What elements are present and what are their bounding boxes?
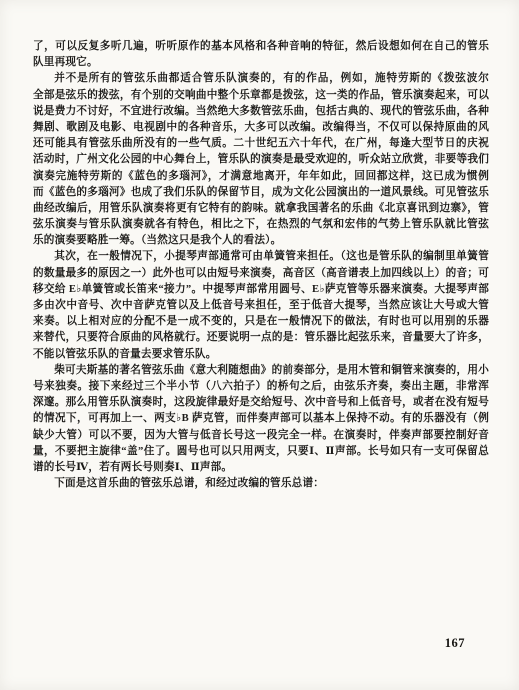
text-line: 来替代，只要符合原曲的风格就行。还要说明一点的是：管乐器比起弦乐来，音量要大了许…	[33, 330, 489, 346]
text-line: 全部是弦乐的拨弦，有个别的交响曲中整个乐章都是拨弦，这一类的作品，管乐演奏起来，…	[33, 88, 489, 104]
text-line: 曲经改编后，用管乐队演奏将更有它特有的韵味。就拿我国著名的乐曲《北京喜讯到边寨》…	[33, 201, 489, 217]
body-text: 了，可以反复多听几遍，听听原作的基本风格和各种音响的特征，然后设想如何在自己的管…	[33, 39, 489, 492]
text-line: 下面是这首乐曲的管弦乐总谱，和经过改编的管乐总谱：	[33, 476, 489, 492]
text-line: 了，可以反复多听几遍，听听原作的基本风格和各种音响的特征，然后设想如何在自己的管…	[33, 39, 489, 55]
text-line: 柴可夫斯基的著名管弦乐曲《意大利随想曲》的前奏部分，是用木管和铜管来演奏的，用小	[33, 363, 489, 379]
text-line: 弦乐演奏与管乐队演奏就各有特色，相比之下，在热烈的气氛和宏伟的气势上管乐队就比管…	[33, 217, 489, 233]
text-line: 队里再现它。	[33, 55, 489, 71]
text-line: 其次，在一般情况下，小提琴声部通常可由单簧管来担任。（这也是管乐队的编制里单簧管	[33, 249, 489, 265]
text-line: 谱的长号Ⅳ，若有两长号则奏Ⅰ、Ⅱ声部。	[33, 460, 489, 476]
text-line: 量，不要把主旋律“盖”住了。圆号也可以只用两支，只要Ⅰ、Ⅱ声部。长号如只有一支可…	[33, 444, 489, 460]
text-line: 而《蓝色的多瑙河》也成了我们乐队的保留节目，成为文化公园演出的一道风景线。可见管…	[33, 185, 489, 201]
text-line: 不能以管弦乐队的音量去要求管乐队。	[33, 347, 489, 363]
text-line: 乐的演奏要略胜一筹。（当然这只是我个人的看法）。	[33, 233, 489, 249]
page-number: 167	[445, 636, 465, 651]
text-line: 的情况下，可再加上一、两支♭B 萨克管，而伴奏声部可以基本上保持不动。有的乐器没…	[33, 411, 489, 427]
text-line: 来奏。以上相对应的分配不是一成不变的，只是在一般情况下的做法，有时也可以用别的乐…	[33, 314, 489, 330]
text-line: 缺少大管）可以不要，因为大管与低音长号这一段完全一样。在演奏时，伴奏声部要控制好…	[33, 428, 489, 444]
book-page: 了，可以反复多听几遍，听听原作的基本风格和各种音响的特征，然后设想如何在自己的管…	[0, 0, 519, 690]
text-line: 并不是所有的管弦乐曲都适合管乐队演奏的，有的作品，例如，施特劳斯的《拨弦波尔卡》…	[33, 71, 489, 87]
text-line: 还可能具有管弦乐曲所没有的一些气质。二十世纪五六十年代，在广州，每逢大型节日的庆…	[33, 136, 489, 152]
text-line: 活动时，广州文化公园的中心舞台上，管乐队的演奏是最受欢迎的，听众站立欣赏，非要等…	[33, 152, 489, 168]
text-line: 号来独奏。接下来经过三个半小节（八六拍子）的桥句之后，由弦乐齐奏，奏出主题，非常…	[33, 379, 489, 395]
text-line: 舞剧、歌剧及电影、电视剧中的各种音乐，大多可以改编。改编得当，不仅可以保持原曲的…	[33, 120, 489, 136]
text-line: 移交给 E♭单簧管或长笛来“接力”。中提琴声部常用圆号、E♭萨克管等乐器来演奏。…	[33, 282, 489, 298]
text-line: 的数量最多的原因之一）此外也可以由短号来演奏，高音区（高音谱表上加四线以上）的音…	[33, 266, 489, 282]
text-line: 说是费力不讨好，不宜进行改编。当然绝大多数管弦乐曲，包括古典的、现代的管弦乐曲，…	[33, 104, 489, 120]
text-line: 多由次中音号、次中音萨克管以及上低音号来担任，至于低音大提琴，当然应该让大号或大…	[33, 298, 489, 314]
text-line: 演奏完施特劳斯的《蓝色的多瑙河》，才满意地离开，年年如此，回回都这样，这已成为惯…	[33, 169, 489, 185]
text-line: 深邃。那么用管乐队演奏时，这段旋律最好是交给短号、次中音号和上低音号，或者在没有…	[33, 395, 489, 411]
